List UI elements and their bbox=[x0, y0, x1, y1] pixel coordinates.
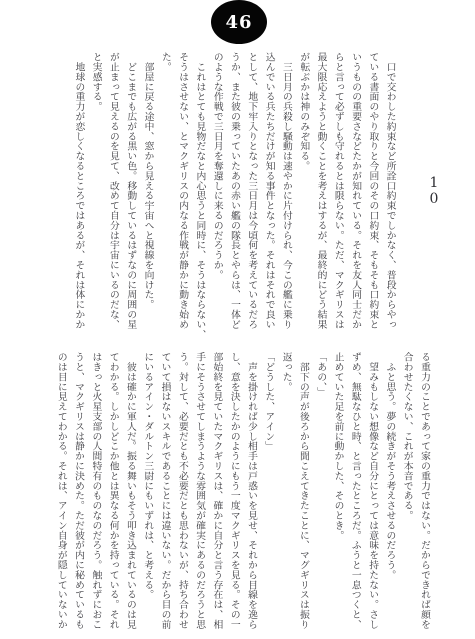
text-line: 込んでいる兵たちだけが知る事件となった。それはそれで良い bbox=[260, 52, 277, 330]
text-line: が転ぶかは神のみぞ知る。 bbox=[295, 52, 312, 330]
text-line: 部下の声が後ろから聞こえてきたことに、マグギリスは振り bbox=[295, 352, 312, 630]
top-text-band: 10 口で交わした約束など所詮口約束でしかなく、普段からやっ ている書面のやり取… bbox=[70, 52, 442, 330]
text-line: 返った。 bbox=[277, 352, 294, 630]
text-line: 声を掛ければ少し相手は戸惑いを見せ、それから目線を逸ら bbox=[243, 352, 260, 630]
text-line: ふと思う。夢の続きがそう考えさせるのだろう。 bbox=[381, 352, 398, 630]
text-line: ずめ、無駄なひと時、と言ったところだ。ふうと一息つくと、 bbox=[347, 352, 364, 630]
text-line: のような作戦で三日月を奪還しに来るのだろうか。 bbox=[208, 52, 225, 330]
text-line: 部屋に戻る途中、窓から見える宇宙へと視線を向けた。 bbox=[139, 52, 156, 330]
text-line: 部始終を見ていたマクギリスは、確かに自分と言う存在は、相 bbox=[208, 352, 225, 630]
text-line: ている書面のやり取りと今回のその口約束、そもそも口約束と bbox=[364, 52, 381, 330]
text-line: 最大限応えようと動くことを考えはするが、最終的にどう結果 bbox=[312, 52, 329, 330]
text-line: いうものの重要さなどたかが知れている。それを友人同士だか bbox=[347, 52, 364, 330]
text-line: 合わせたくない、これが本音である。 bbox=[398, 352, 415, 630]
text-line: う。対して、必要だとも不必要だとも思わないが、持ち合わせ bbox=[174, 352, 191, 630]
novel-page: 46 10 口で交わした約束など所詮口約束でしかなく、普段からやっ ている書面の… bbox=[0, 0, 475, 639]
text-line: 「どうした、アイン」 bbox=[260, 352, 277, 630]
text-line: てわかる。しかしどこか他とは異なる何かを持っている。それ bbox=[104, 352, 121, 630]
text-line: 地球の重力が恋しくなるところではあるが、それは体にかか bbox=[70, 52, 87, 330]
text-line: これはとても見物だなと内心思うと同時に、そうはならない、 bbox=[191, 52, 208, 330]
bottom-text-band: る重力のことであって家の重力ではない。だからできれば顔を 合わせたくない、これが… bbox=[52, 352, 433, 630]
text-line: そうはさせない、とマクギリスの内なる作戦が静かに動き始め bbox=[174, 52, 191, 330]
text-line: 口で交わした約束など所詮口約束でしかなく、普段からやっ bbox=[381, 52, 398, 330]
text-line: のは目に見えてわかる。それは、アイン自身が隠していないか bbox=[52, 352, 69, 630]
text-line: 彼は確かに軍人だ。振る舞いもそう叩き込まれているのは見 bbox=[122, 352, 139, 630]
text-line: 「あの、」 bbox=[312, 352, 329, 630]
text-line: た。 bbox=[157, 52, 174, 330]
text-line: が止まって見えるのを見て、改めて自分は宇宙にいるのだな、 bbox=[105, 52, 122, 330]
page-number-badge: 46 bbox=[211, 0, 267, 44]
text-line: る重力のことであって家の重力ではない。だからできれば顔を bbox=[416, 352, 433, 630]
text-line: 望みもしない想像など自分にとっては意味を持たない。さし bbox=[364, 352, 381, 630]
text-line: うか、また彼の乗っていたあの赤い艦の隊長とやらは、一体ど bbox=[226, 52, 243, 330]
text-line: 三日月の兵殺し騒動は速やかに片付けられ、今この艦に乗り bbox=[278, 52, 295, 330]
text-line: し、意を決したかのようにもう一度マクギリスを見る。その一 bbox=[225, 352, 242, 630]
text-line: はきっと火星支部の人間特有のものなのだろう。触れずにおこ bbox=[87, 352, 104, 630]
page-number: 46 bbox=[225, 12, 252, 33]
chapter-number: 10 bbox=[425, 52, 442, 330]
text-line: 止めていた足を前に動かした、そのとき。 bbox=[329, 352, 346, 630]
text-line: どこまでも広がる黒い色。移動しているはずなのに周囲の星 bbox=[122, 52, 139, 330]
text-line: にいるアイン・ダルトン三尉にもいずれは、と考える。 bbox=[139, 352, 156, 630]
text-line: らと言って必ずしも守れるとは限らない。ただ、マクギリスは bbox=[330, 52, 347, 330]
text-line: と実感する。 bbox=[87, 52, 104, 330]
text-line: として、地下牢入りとなった三日月は今頃何を考えているだろ bbox=[243, 52, 260, 330]
text-line: ていて損はないスキルであることには違いない。だから目の前 bbox=[156, 352, 173, 630]
text-line: うと、マクギリスは静かに決めた。ただ彼が内に秘めているも bbox=[70, 352, 87, 630]
text-line: 手にそうさせてしまうような雰囲気が確実にあるのだろうと思 bbox=[191, 352, 208, 630]
